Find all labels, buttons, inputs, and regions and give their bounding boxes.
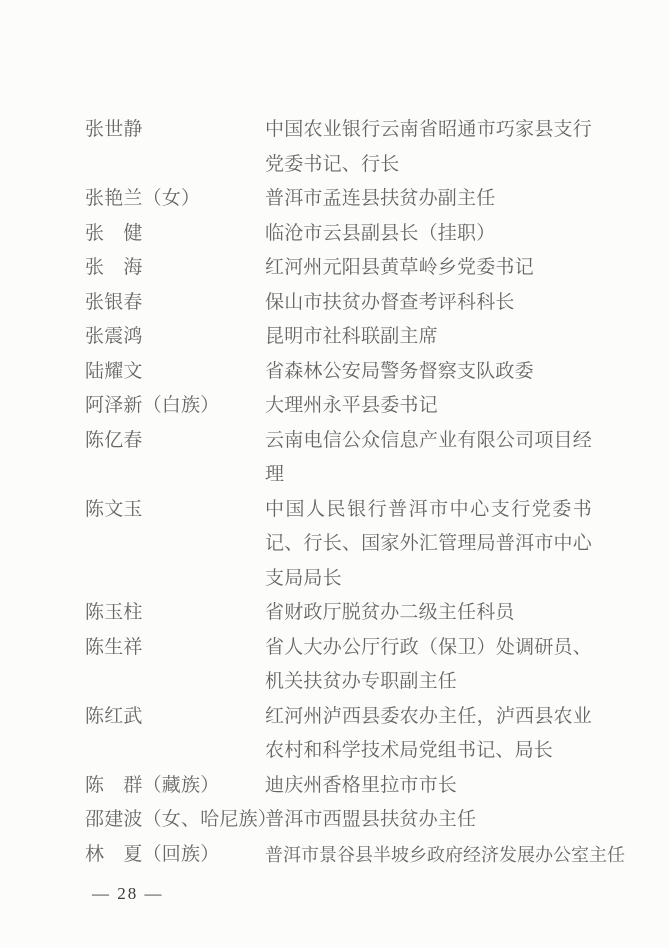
person-name: 陆耀文 xyxy=(85,355,265,390)
person-name: 张 海 xyxy=(85,251,265,286)
person-name: 陈文玉 xyxy=(85,493,265,528)
person-name: 张艳兰（女） xyxy=(85,182,265,217)
person-title: 红河州元阳县黄草岭乡党委书记 xyxy=(265,251,592,286)
page-number: — 28 — xyxy=(92,884,164,903)
person-title: 中国农业银行云南省昭通市巧家县支行党委书记、行长 xyxy=(265,113,592,182)
roster-row: 林 夏（回族） 普洱市景谷县半坡乡政府经济发展办公室主任 xyxy=(85,838,670,873)
roster-row: 张震鸿 昆明市社科联副主席 xyxy=(85,320,670,355)
person-name: 张 健 xyxy=(85,217,265,252)
document-page: 张世静 中国农业银行云南省昭通市巧家县支行党委书记、行长 张艳兰（女） 普洱市孟… xyxy=(0,0,670,948)
person-title: 普洱市西盟县扶贫办主任 xyxy=(265,803,592,838)
roster-row: 陆耀文 省森林公安局警务督察支队政委 xyxy=(85,355,670,390)
person-name: 张世静 xyxy=(85,113,265,148)
roster-row: 邵建波（女、哈尼族） 普洱市西盟县扶贫办主任 xyxy=(85,803,670,838)
person-title: 迪庆州香格里拉市市长 xyxy=(265,769,592,804)
person-name: 陈 群（藏族） xyxy=(85,769,265,804)
roster-row: 张 健 临沧市云县副县长（挂职） xyxy=(85,217,670,252)
person-title: 保山市扶贫办督查考评科科长 xyxy=(265,286,592,321)
roster-row: 阿泽新（白族） 大理州永平县委书记 xyxy=(85,389,670,424)
roster-row: 陈 群（藏族） 迪庆州香格里拉市市长 xyxy=(85,769,670,804)
person-name: 邵建波（女、哈尼族） xyxy=(85,803,265,838)
person-title: 省森林公安局警务督察支队政委 xyxy=(265,355,592,390)
roster-row: 陈玉柱 省财政厅脱贫办二级主任科员 xyxy=(85,596,670,631)
person-name: 林 夏（回族） xyxy=(85,838,265,873)
person-name: 陈亿春 xyxy=(85,424,265,459)
roster-row: 陈生祥 省人大办公厅行政（保卫）处调研员、机关扶贫办专职副主任 xyxy=(85,631,670,700)
roster-list: 张世静 中国农业银行云南省昭通市巧家县支行党委书记、行长 张艳兰（女） 普洱市孟… xyxy=(0,0,670,872)
roster-row: 陈亿春 云南电信公众信息产业有限公司项目经理 xyxy=(85,424,670,493)
person-title: 红河州泸西县委农办主任，泸西县农业农村和科学技术局党组书记、局长 xyxy=(265,700,592,769)
person-title: 普洱市孟连县扶贫办副主任 xyxy=(265,182,592,217)
roster-row: 张 海 红河州元阳县黄草岭乡党委书记 xyxy=(85,251,670,286)
roster-row: 陈红武 红河州泸西县委农办主任，泸西县农业农村和科学技术局党组书记、局长 xyxy=(85,700,670,769)
person-title: 普洱市景谷县半坡乡政府经济发展办公室主任 xyxy=(265,838,625,873)
person-title: 大理州永平县委书记 xyxy=(265,389,592,424)
person-name: 张银春 xyxy=(85,286,265,321)
person-name: 阿泽新（白族） xyxy=(85,389,265,424)
person-title: 临沧市云县副县长（挂职） xyxy=(265,217,592,252)
person-title: 中国人民银行普洱市中心支行党委书记、行长、国家外汇管理局普洱市中心支局局长 xyxy=(265,493,592,597)
person-title: 云南电信公众信息产业有限公司项目经理 xyxy=(265,424,592,493)
roster-row: 张世静 中国农业银行云南省昭通市巧家县支行党委书记、行长 xyxy=(85,113,670,182)
page-footer: — 28 — xyxy=(92,884,670,904)
person-name: 陈生祥 xyxy=(85,631,265,666)
person-name: 张震鸿 xyxy=(85,320,265,355)
person-name: 陈玉柱 xyxy=(85,596,265,631)
roster-row: 陈文玉 中国人民银行普洱市中心支行党委书记、行长、国家外汇管理局普洱市中心支局局… xyxy=(85,493,670,597)
person-name: 陈红武 xyxy=(85,700,265,735)
person-title: 省财政厅脱贫办二级主任科员 xyxy=(265,596,592,631)
roster-row: 张银春 保山市扶贫办督查考评科科长 xyxy=(85,286,670,321)
roster-row: 张艳兰（女） 普洱市孟连县扶贫办副主任 xyxy=(85,182,670,217)
person-title: 省人大办公厅行政（保卫）处调研员、机关扶贫办专职副主任 xyxy=(265,631,592,700)
person-title: 昆明市社科联副主席 xyxy=(265,320,592,355)
